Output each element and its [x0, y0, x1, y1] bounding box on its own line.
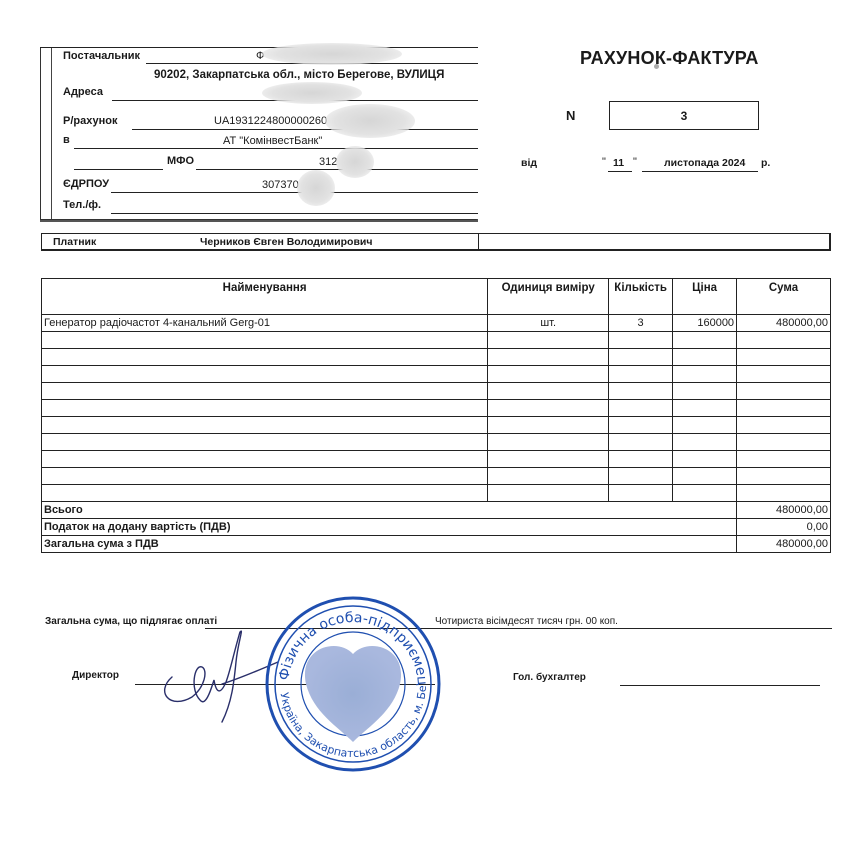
item-name: [42, 485, 488, 502]
total-value: 480000,00: [737, 502, 831, 519]
item-qty: [609, 485, 673, 502]
item-name: [42, 434, 488, 451]
items-table: Найменування Одиниця виміру Кількість Ці…: [41, 278, 831, 553]
stamp-seal-icon: Фізична особа-підприємець Україна, Закар…: [258, 592, 448, 772]
item-unit: [488, 434, 609, 451]
table-row: [42, 366, 831, 383]
date-suffix: р.: [761, 157, 770, 169]
phone-underline: [111, 213, 478, 214]
item-name: [42, 366, 488, 383]
item-price: [673, 434, 737, 451]
col-header-qty: Кількість: [609, 279, 673, 315]
item-unit: [488, 400, 609, 417]
item-unit: [488, 383, 609, 400]
grand-total-value: 480000,00: [737, 536, 831, 553]
vat-row: Податок на додану вартість (ПДВ) 0,00: [42, 519, 831, 536]
smudge: [654, 64, 659, 69]
redaction-blur: [325, 104, 415, 138]
item-name: [42, 417, 488, 434]
invoice-number: 3: [610, 109, 758, 123]
table-row: [42, 383, 831, 400]
item-unit: [488, 451, 609, 468]
payer-row: [41, 233, 831, 251]
redaction-blur: [297, 170, 335, 206]
date-underline: [642, 171, 758, 172]
payer-label: Платник: [53, 236, 96, 248]
item-sum: 480000,00: [737, 315, 831, 332]
payer-divider: [478, 233, 479, 251]
item-name: [42, 332, 488, 349]
amount-due-words: Чотириста вісімдесят тисяч грн. 00 коп.: [435, 616, 618, 627]
table-row: [42, 332, 831, 349]
number-label: N: [566, 108, 575, 123]
edrpou-value: 307370: [262, 179, 299, 191]
edrpou-label: ЄДРПОУ: [63, 178, 109, 190]
accountant-label: Гол. бухгалтер: [513, 672, 586, 683]
item-price: 160000: [673, 315, 737, 332]
item-sum: [737, 349, 831, 366]
item-unit: [488, 349, 609, 366]
grand-total-row: Загальна сума з ПДВ 480000,00: [42, 536, 831, 553]
company-stamp: Фізична особа-підприємець Україна, Закар…: [258, 592, 448, 772]
item-sum: [737, 468, 831, 485]
mfo-prefix-underline: [74, 169, 163, 170]
item-price: [673, 468, 737, 485]
item-unit: [488, 468, 609, 485]
table-row: [42, 400, 831, 417]
item-sum: [737, 451, 831, 468]
item-price: [673, 332, 737, 349]
col-header-price: Ціна: [673, 279, 737, 315]
phone-label: Тел./ф.: [63, 199, 101, 211]
date-quote-close: ": [633, 156, 637, 168]
total-label: Всього: [42, 502, 737, 519]
bank-value: АТ "КомінвестБанк": [223, 135, 322, 147]
item-sum: [737, 366, 831, 383]
date-quote-open: ": [602, 156, 606, 168]
account-label: Р/рахунок: [63, 115, 117, 127]
payer-name: Черников Євген Володимирович: [200, 236, 372, 248]
item-qty: [609, 451, 673, 468]
account-underline: [132, 129, 478, 130]
item-qty: [609, 417, 673, 434]
account-value: UA1931224800000260: [214, 115, 327, 127]
item-name: [42, 349, 488, 366]
redaction-blur: [262, 43, 402, 65]
date-day-underline: [608, 171, 632, 172]
item-unit: [488, 485, 609, 502]
item-name: [42, 451, 488, 468]
item-price: [673, 417, 737, 434]
grand-total-label: Загальна сума з ПДВ: [42, 536, 737, 553]
redaction-blur: [336, 146, 374, 178]
item-qty: [609, 349, 673, 366]
item-name: Генератор радіочастот 4-канальний Gerg-0…: [42, 315, 488, 332]
redaction-blur: [262, 82, 362, 104]
item-sum: [737, 417, 831, 434]
item-price: [673, 451, 737, 468]
table-row: [42, 468, 831, 485]
item-sum: [737, 400, 831, 417]
table-row: [42, 349, 831, 366]
item-qty: [609, 366, 673, 383]
table-row: [42, 485, 831, 502]
document-title: РАХУНОК-ФАКТУРА: [580, 48, 759, 69]
item-price: [673, 349, 737, 366]
vat-value: 0,00: [737, 519, 831, 536]
item-sum: [737, 434, 831, 451]
table-row: [42, 417, 831, 434]
mfo-label: МФО: [167, 155, 194, 167]
table-row: [42, 451, 831, 468]
item-name: [42, 400, 488, 417]
item-price: [673, 485, 737, 502]
col-header-name: Найменування: [42, 279, 488, 315]
date-month-year: листопада 2024: [664, 157, 745, 169]
supplier-label: Постачальник: [63, 50, 140, 62]
item-qty: [609, 468, 673, 485]
item-qty: [609, 434, 673, 451]
item-qty: [609, 383, 673, 400]
item-qty: 3: [609, 315, 673, 332]
item-price: [673, 366, 737, 383]
table-header-row: Найменування Одиниця виміру Кількість Ці…: [42, 279, 831, 315]
total-row: Всього 480000,00: [42, 502, 831, 519]
item-unit: [488, 366, 609, 383]
address-label: Адреса: [63, 86, 103, 98]
vat-label: Податок на додану вартість (ПДВ): [42, 519, 737, 536]
item-unit: [488, 332, 609, 349]
edrpou-underline: [111, 192, 478, 193]
bank-underline: [74, 148, 478, 149]
col-header-sum: Сума: [737, 279, 831, 315]
col-header-unit: Одиниця виміру: [488, 279, 609, 315]
accountant-signature-line: [620, 685, 820, 686]
supplier-box-bottom: [40, 219, 478, 222]
mfo-value: 312: [319, 156, 337, 168]
item-unit: [488, 417, 609, 434]
address-line1: 90202, Закарпатська обл., місто Берегове…: [154, 69, 444, 81]
table-row: Генератор радіочастот 4-канальний Gerg-0…: [42, 315, 831, 332]
item-price: [673, 400, 737, 417]
item-unit: шт.: [488, 315, 609, 332]
item-name: [42, 383, 488, 400]
date-day: 11: [613, 157, 624, 169]
item-qty: [609, 400, 673, 417]
bank-label: в: [63, 134, 70, 146]
item-sum: [737, 383, 831, 400]
supplier-box-top: [40, 47, 478, 48]
item-sum: [737, 332, 831, 349]
item-sum: [737, 485, 831, 502]
item-name: [42, 468, 488, 485]
item-price: [673, 383, 737, 400]
table-row: [42, 434, 831, 451]
director-label: Директор: [72, 670, 119, 681]
item-qty: [609, 332, 673, 349]
date-label: від: [521, 157, 537, 169]
number-box: 3: [609, 101, 759, 130]
